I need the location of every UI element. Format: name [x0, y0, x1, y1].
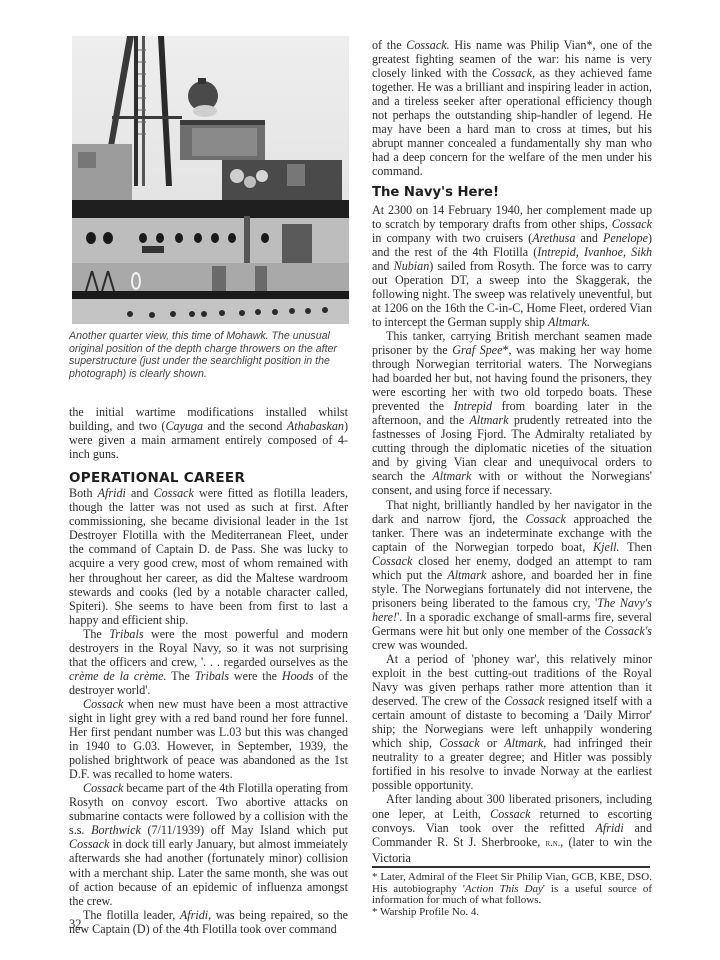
footnotes: * Later, Admiral of the Fleet Sir Philip… — [372, 872, 652, 918]
paragraph: Cossack when new must have been a most a… — [69, 697, 348, 781]
paragraph-continued: the initial wartime modifications instal… — [69, 405, 348, 461]
book-page: rect — [0, 0, 720, 960]
paragraph-continued: of the Cossack. His name was Philip Vian… — [372, 38, 652, 178]
paragraph: At a period of 'phoney war', this relati… — [372, 652, 652, 792]
section-heading-navys-here: The Navy's Here! — [372, 186, 652, 200]
paragraph: Both Afridi and Cossack were fitted as f… — [69, 486, 348, 626]
mohawk-photo-illustration: rect — [72, 36, 349, 324]
paragraph: This tanker, carrying British merchant s… — [372, 329, 652, 498]
photo-caption: Another quarter view, this time of Mohaw… — [69, 330, 353, 380]
paragraph: The flotilla leader, Afridi, was being r… — [69, 908, 348, 936]
paragraph: Cossack became part of the 4th Flotilla … — [69, 781, 348, 907]
paragraph: At 2300 on 14 February 1940, her complem… — [372, 203, 652, 329]
section-heading-operational-career: OPERATIONAL CAREER — [69, 471, 348, 485]
paragraph: That night, brilliantly handled by her n… — [372, 498, 652, 653]
footnote: * Later, Admiral of the Fleet Sir Philip… — [372, 872, 652, 907]
ship-photograph: rect — [72, 36, 349, 324]
page-number: 32 — [69, 917, 82, 932]
right-column: of the Cossack. His name was Philip Vian… — [372, 38, 652, 865]
footnote: * Warship Profile No. 4. — [372, 907, 652, 919]
footnote-divider — [372, 866, 650, 868]
left-column: the initial wartime modifications instal… — [69, 405, 348, 936]
paragraph: The Tribals were the most powerful and m… — [69, 627, 348, 697]
paragraph: After landing about 300 liberated prison… — [372, 792, 652, 864]
